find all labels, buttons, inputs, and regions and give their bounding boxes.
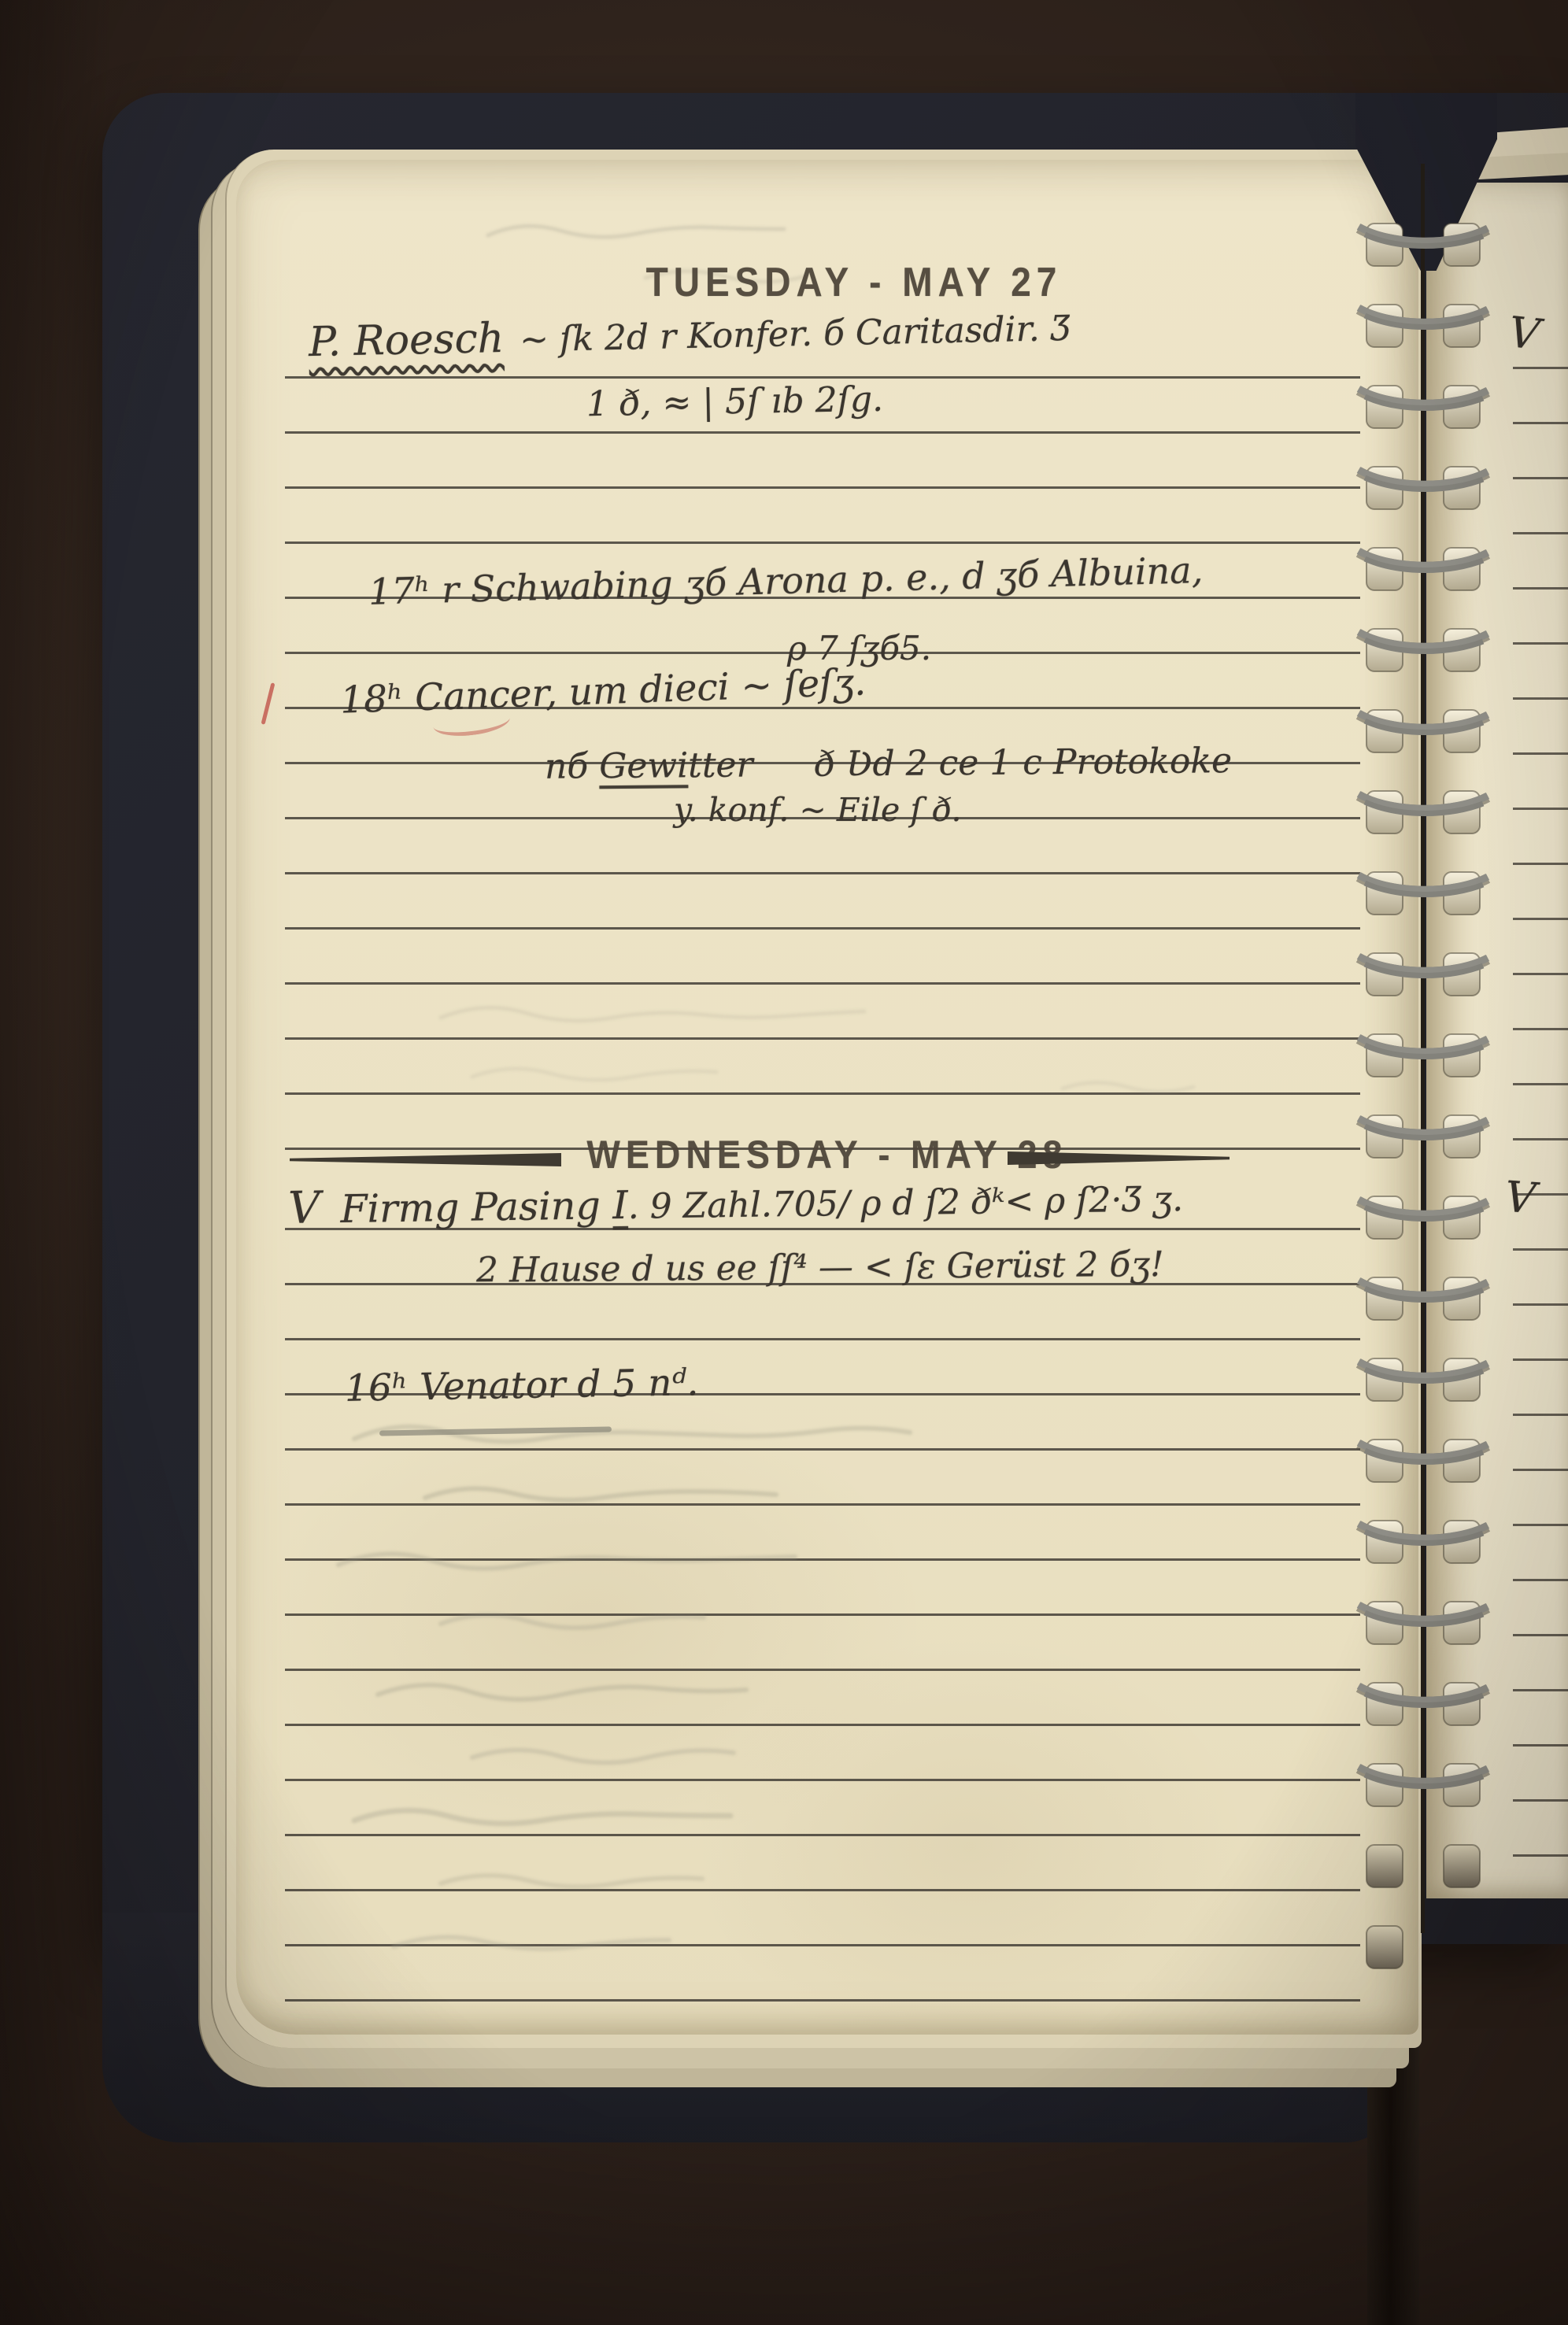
entry-shorthand: ~ ſk 2d r Konfer. б Caritasdir. Ʒ bbox=[520, 309, 1071, 360]
ruled-lines-bottom bbox=[285, 1228, 1360, 2035]
entry-shorthand: ð Ʋd 2 ce 1 c Protokoke bbox=[814, 741, 1232, 785]
entry-shorthand: nб bbox=[545, 746, 589, 786]
entry-underlined: I bbox=[612, 1183, 628, 1228]
checkmark: V bbox=[288, 1182, 320, 1234]
entry-shorthand: tter bbox=[688, 745, 753, 786]
notebook-photo: TUESDAY - MAY 27 P. Roesch~ ſk 2d r Konf… bbox=[0, 0, 1568, 2325]
diary-entry: 16ʰ Venator d 5 nᵈ. bbox=[345, 1361, 699, 1410]
diary-entry: VFirmg Pasing I. 9 Zahl.705/ ρ d ſ2 ðᵏ< … bbox=[288, 1170, 1184, 1234]
checkmark: V bbox=[1507, 307, 1542, 360]
diary-entry: 1 ð, ≈ | 5ſ ıb 2ſg. bbox=[586, 379, 884, 425]
diary-entry: y. konf. ~ Eile ſ ð. bbox=[674, 791, 962, 829]
checkmark: V bbox=[1503, 1172, 1537, 1224]
date-header-tuesday: TUESDAY - MAY 27 bbox=[236, 258, 1418, 305]
spiral-binding bbox=[1344, 189, 1502, 2023]
diary-entry: 2 Hause d us ee ſſ⁴ — < ſε Gerüst 2 бʒ! bbox=[476, 1244, 1164, 1291]
diary-entry: P. Roesch~ ſk 2d r Konfer. б Caritasdir.… bbox=[308, 303, 1071, 366]
entry-underlined: Gewi bbox=[599, 745, 688, 786]
entry-shorthand: Firmg Pasing bbox=[340, 1183, 613, 1232]
diary-entry: nб Gewitter ð Ʋd 2 ce 1 c Protokoke bbox=[545, 741, 1232, 787]
entry-name: P. Roesch bbox=[308, 315, 504, 366]
entry-shorthand: . 9 Zahl.705/ ρ d ſ2 ðᵏ< ρ ſ2·Ʒ ʒ. bbox=[627, 1179, 1183, 1227]
left-page: TUESDAY - MAY 27 P. Roesch~ ſk 2d r Konf… bbox=[236, 160, 1418, 2035]
ruled-lines-right bbox=[1513, 367, 1568, 1898]
date-header-wednesday: WEDNESDAY - MAY 28 bbox=[236, 1132, 1418, 1177]
red-margin-tick bbox=[261, 682, 276, 725]
